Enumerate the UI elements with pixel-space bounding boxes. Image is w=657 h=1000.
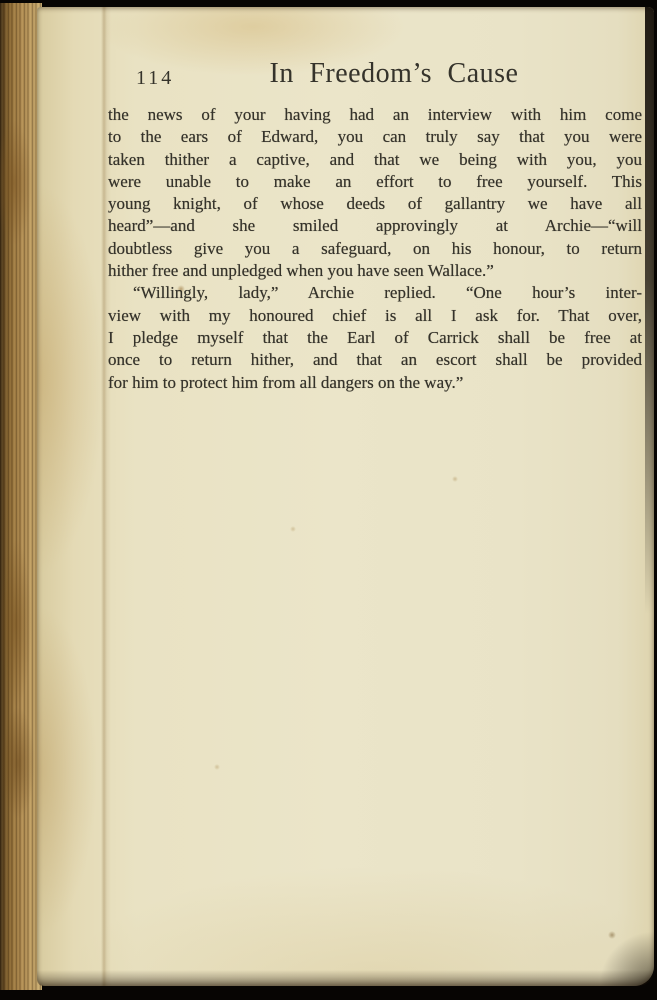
text-line: view with my honoured chief is all I ask… [108,305,642,327]
text-line: heard”—and she smiled approvingly at Arc… [108,215,642,237]
page-bottom-shadow [37,970,654,986]
body-text: the news of your having had an interview… [108,104,642,394]
page-corner-shadow [584,916,654,986]
text-line: taken thither a captive, and that we bei… [108,149,642,171]
running-header: 114 In Freedom’s Cause [108,58,642,96]
text-line: to the ears of Edward, you can truly say… [108,126,642,148]
text-line: were unable to make an effort to free yo… [108,171,642,193]
page-title: In Freedom’s Cause [127,58,657,90]
text-line: the news of your having had an interview… [108,104,642,126]
paragraph: the news of your having had an interview… [108,104,642,282]
paragraph: “Willingly, lady,” Archie replied. “One … [108,282,642,393]
text-line: doubtless give you a safeguard, on his h… [108,238,642,260]
book-page-edges [0,3,42,990]
text-line: I pledge myself that the Earl of Carrick… [108,327,642,349]
page-right-shadow [645,7,654,614]
text-line: “Willingly, lady,” Archie replied. “One … [108,282,642,304]
text-line: young knight, of whose deeds of gallantr… [108,193,642,215]
book-scan: 114 In Freedom’s Cause the news of your … [0,0,657,1000]
text-line: once to return hither, and that an escor… [108,349,642,371]
text-line: for him to protect him from all dangers … [108,372,642,394]
text-line: hither free and unpledged when you have … [108,260,642,282]
